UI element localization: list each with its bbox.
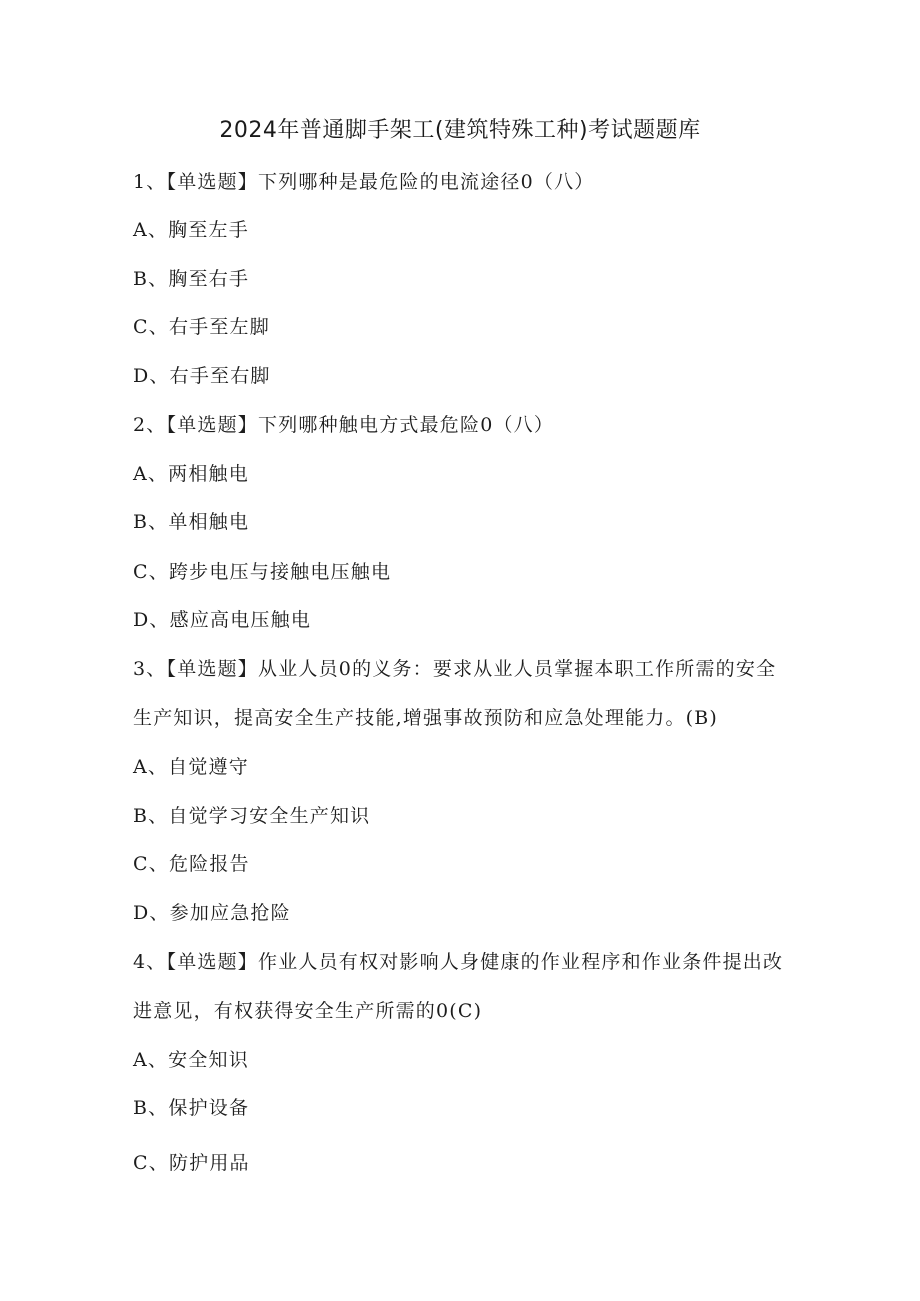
question-1-option-b: B、胸至右手 xyxy=(133,265,249,293)
question-1-option-d: D、右手至右脚 xyxy=(133,362,271,390)
document-page: 2024年普通脚手架工(建筑特殊工种)考试题题库 1、【单选题】下列哪种是最危险… xyxy=(0,0,920,1301)
question-1-option-c: C、右手至左脚 xyxy=(133,313,270,341)
question-4-option-b: B、保护设备 xyxy=(133,1094,249,1122)
question-4-option-c: C、防护用品 xyxy=(133,1149,250,1177)
question-2-option-a: A、两相触电 xyxy=(133,460,249,488)
question-3-option-b: B、自觉学习安全生产知识 xyxy=(133,802,370,830)
question-3-option-a: A、自觉遵守 xyxy=(133,753,249,781)
question-2-option-c: C、跨步电压与接触电压触电 xyxy=(133,558,391,586)
question-2-text: 2、【单选题】下列哪种触电方式最危险0（八） xyxy=(133,411,554,439)
question-3-text: 3、【单选题】从业人员0的义务：要求从业人员掌握本职工作所需的安全 xyxy=(133,655,776,683)
question-1-option-a: A、胸至左手 xyxy=(133,216,249,244)
question-2-option-d: D、感应高电压触电 xyxy=(133,606,311,634)
question-2-option-b: B、单相触电 xyxy=(133,508,249,536)
question-3-option-c: C、危险报告 xyxy=(133,850,250,878)
document-title: 2024年普通脚手架工(建筑特殊工种)考试题题库 xyxy=(0,116,920,146)
question-4-text: 4、【单选题】作业人员有权对影响人身健康的作业程序和作业条件提出改 xyxy=(133,948,783,976)
question-4-option-a: A、安全知识 xyxy=(133,1046,249,1074)
question-3-option-d: D、参加应急抢险 xyxy=(133,899,291,927)
question-1-text: 1、【单选题】下列哪种是最危险的电流途径0（八） xyxy=(133,168,594,196)
question-3-text-continued: 生产知识，提高安全生产技能,增强事故预防和应急处理能力。(B) xyxy=(133,704,718,732)
question-4-text-continued: 进意见，有权获得安全生产所需的0(C) xyxy=(133,997,482,1025)
